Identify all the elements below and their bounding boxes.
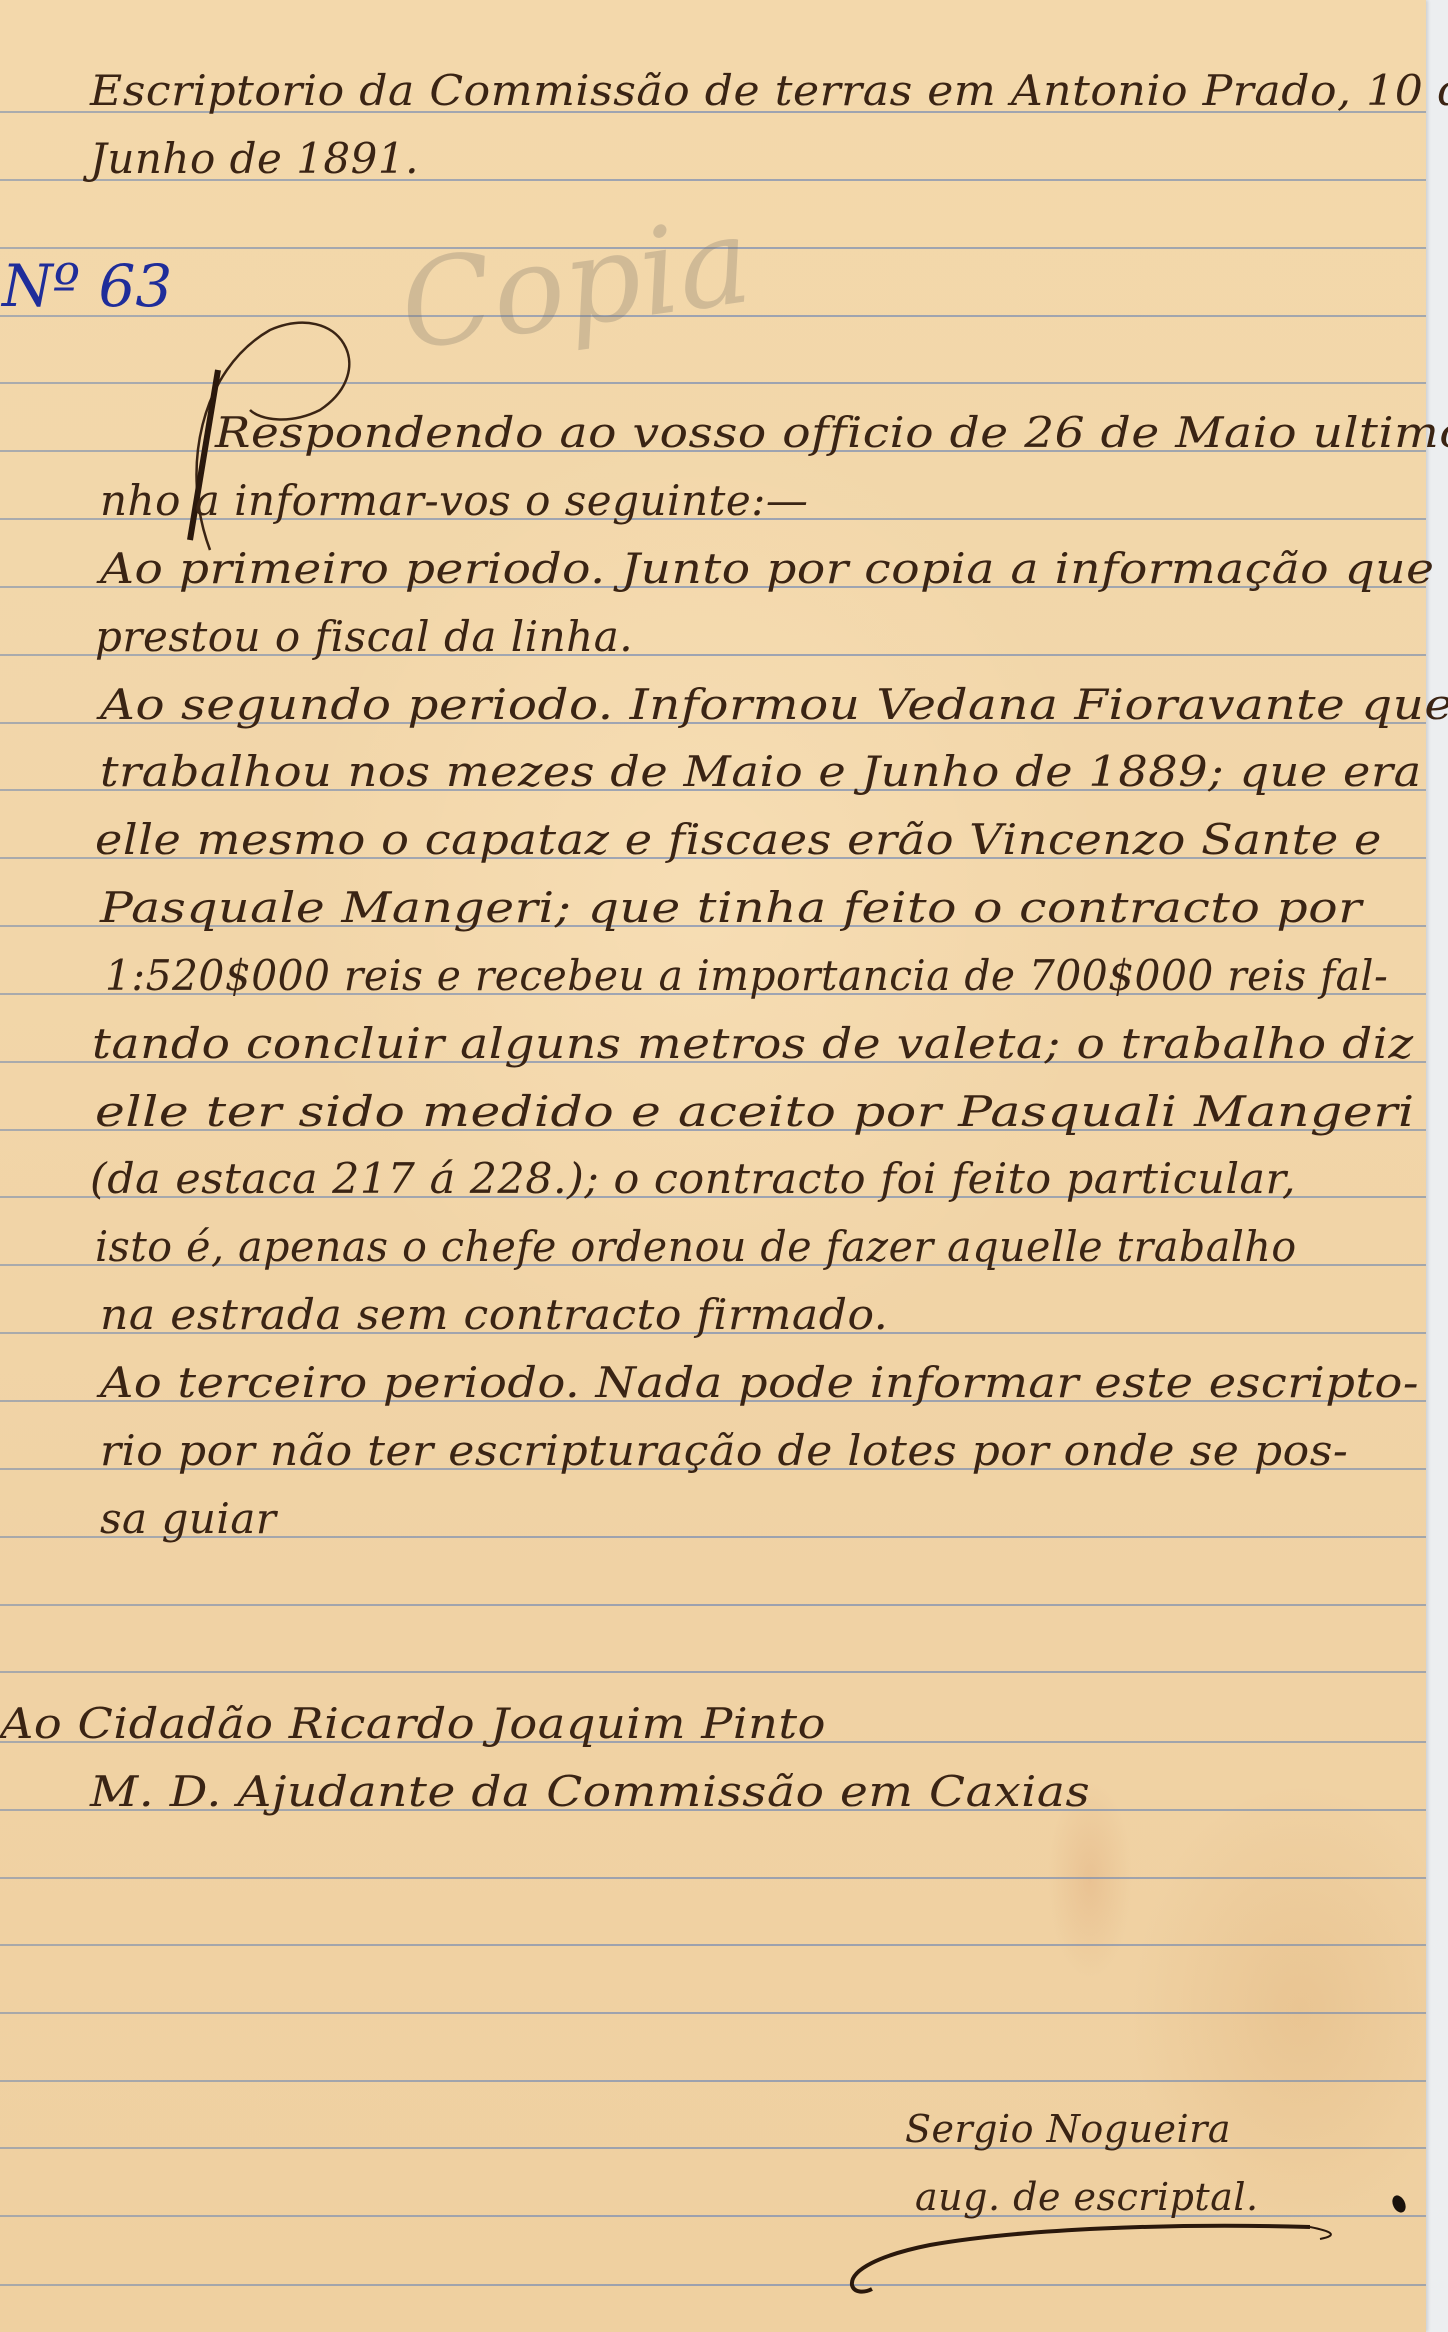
body-line: nho a informar-vos o seguinte:— bbox=[100, 480, 808, 522]
body-line: prestou o fiscal da linha. bbox=[95, 616, 633, 658]
letter-paper: Copia Escriptorio da Commissão de terras… bbox=[0, 0, 1426, 2332]
body-line: Ao terceiro periodo. Nada pode informar … bbox=[100, 1362, 1419, 1404]
reference-number: Nº 63 bbox=[2, 252, 172, 320]
signature-name: Sergio Nogueira bbox=[905, 2110, 1231, 2148]
heading-line-2: Junho de 1891. bbox=[90, 138, 419, 180]
addressee-title: M. D. Ajudante da Commissão em Caxias bbox=[90, 1771, 1090, 1813]
signature-title: aug. de escriptal. bbox=[915, 2178, 1259, 2216]
body-line: sa guiar bbox=[100, 1498, 276, 1540]
body-line: tando concluir alguns metros de valeta; … bbox=[92, 1023, 1414, 1065]
ruled-line bbox=[0, 2284, 1426, 2286]
ruled-line bbox=[0, 2012, 1426, 2014]
ruled-line bbox=[0, 1671, 1426, 1673]
body-line: trabalhou nos mezes de Maio e Junho de 1… bbox=[100, 751, 1422, 793]
ruled-line bbox=[0, 382, 1426, 384]
body-line: (da estaca 217 á 228.); o contracto foi … bbox=[90, 1158, 1296, 1200]
ruled-line bbox=[0, 2080, 1426, 2082]
ruled-line bbox=[0, 1944, 1426, 1946]
body-line: 1:520$000 reis e recebeu a importancia d… bbox=[105, 955, 1388, 997]
signature-underline-flourish bbox=[840, 2215, 1380, 2295]
body-line: Ao primeiro periodo. Junto por copia a i… bbox=[100, 548, 1435, 590]
body-line: Pasquale Mangeri; que tinha feito o cont… bbox=[100, 887, 1362, 929]
body-line: Ao segundo periodo. Informou Vedana Fior… bbox=[100, 684, 1448, 726]
body-line: isto é, apenas o chefe ordenou de fazer … bbox=[95, 1226, 1297, 1268]
pencil-annotation: Copia bbox=[392, 191, 759, 377]
body-line: rio por não ter escripturação de lotes p… bbox=[100, 1430, 1348, 1472]
ruled-line bbox=[0, 1877, 1426, 1879]
heading-line-1: Escriptorio da Commissão de terras em An… bbox=[90, 70, 1448, 112]
ink-blot bbox=[1390, 2193, 1408, 2214]
body-line: elle mesmo o capataz e fiscaes erão Vinc… bbox=[95, 819, 1382, 861]
body-line: Respondendo ao vosso officio de 26 de Ma… bbox=[215, 412, 1448, 454]
body-line: na estrada sem contracto firmado. bbox=[100, 1294, 888, 1336]
body-line: elle ter sido medido e aceito por Pasqua… bbox=[95, 1091, 1415, 1133]
ruled-line bbox=[0, 1604, 1426, 1606]
addressee-name: Ao Cidadão Ricardo Joaquim Pinto bbox=[0, 1703, 826, 1745]
